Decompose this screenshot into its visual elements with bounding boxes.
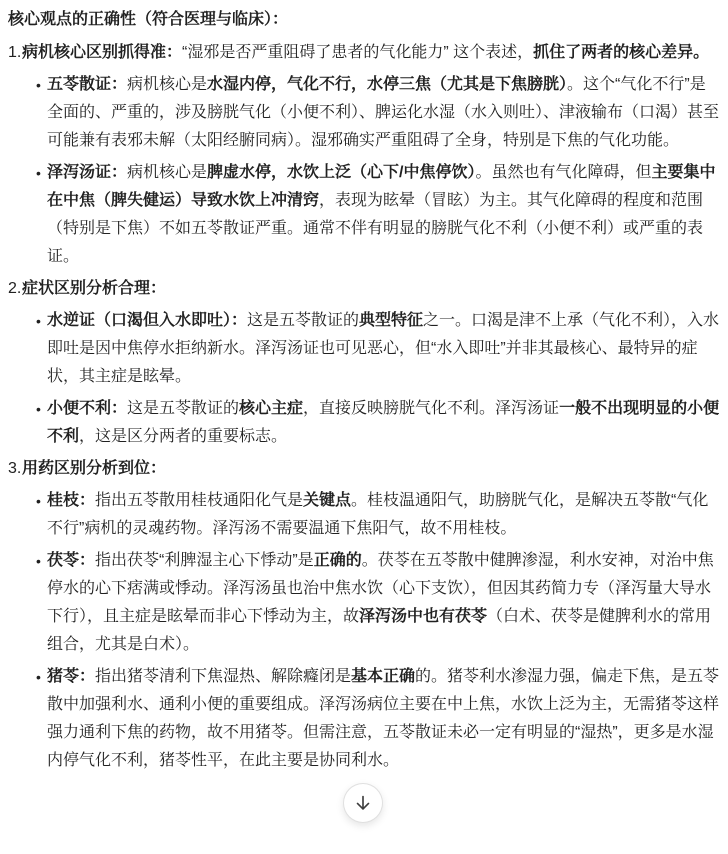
numbered-item-1: 1.病机核心区别抓得准：“湿邪是否严重阻碍了患者的气化能力” 这个表述，抓住了两… <box>8 39 720 275</box>
text: 病机核心是 <box>127 164 207 181</box>
bold-text: 典型特征 <box>359 312 423 329</box>
numbered-list: 1.病机核心区别抓得准：“湿邪是否严重阻碍了患者的气化能力” 这个表述，抓住了两… <box>8 39 720 779</box>
bullet-marker: • <box>36 395 47 423</box>
item-body: 病机核心区别抓得准：“湿邪是否严重阻碍了患者的气化能力” 这个表述，抓住了两者的… <box>22 39 720 275</box>
bullet-text: 桂枝：指出五苓散用桂枝通阳化气是关键点。桂枝温通阳气，助膀胱气化，是解决五苓散“… <box>47 487 720 543</box>
bullet-text: 猪苓：指出猪苓清利下焦湿热、解除癃闭是基本正确的。猪苓利水渗湿力强，偏走下焦，是… <box>47 663 720 775</box>
bold-text: 茯苓： <box>47 552 95 569</box>
text: “湿邪是否严重阻碍了患者的气化能力” 这个表述， <box>182 44 533 61</box>
bullet-item: •小便不利：这是五苓散证的核心主症，直接反映膀胱气化不利。泽泻汤证一般不出现明显… <box>36 395 720 451</box>
bold-text: 水湿内停，气化不行，水停三焦（尤其是下焦膀胱） <box>207 76 567 93</box>
scroll-to-bottom-button[interactable] <box>343 783 383 823</box>
bold-text: 桂枝： <box>47 492 95 509</box>
item-body: 症状区别分析合理：•水逆证（口渴但入水即吐）：这是五苓散证的典型特征之一。口渴是… <box>22 275 720 455</box>
bold-text: 正确的 <box>314 552 362 569</box>
text: 指出茯苓“利脾湿主心下悸动”是 <box>95 552 314 569</box>
bullet-text: 小便不利：这是五苓散证的核心主症，直接反映膀胱气化不利。泽泻汤证一般不出现明显的… <box>47 395 720 451</box>
text: 指出五苓散用桂枝通阳化气是 <box>95 492 303 509</box>
bold-text: 脾虚水停，水饮上泛（心下/中焦停饮） <box>207 164 475 181</box>
bullet-marker: • <box>36 487 47 515</box>
bold-text: 抓住了两者的核心差异。 <box>533 44 709 61</box>
item-number: 2. <box>8 275 22 303</box>
bullet-item: •茯苓：指出茯苓“利脾湿主心下悸动”是正确的。茯苓在五苓散中健脾渗湿，利水安神，… <box>36 547 720 659</box>
bold-text: 小便不利： <box>47 400 127 417</box>
bullet-item: •桂枝：指出五苓散用桂枝通阳化气是关键点。桂枝温通阳气，助膀胱气化，是解决五苓散… <box>36 487 720 543</box>
numbered-item-2: 2.症状区别分析合理：•水逆证（口渴但入水即吐）：这是五苓散证的典型特征之一。口… <box>8 275 720 455</box>
text: 。虽然也有气化障碍，但 <box>475 164 651 181</box>
bullet-item: •五苓散证：病机核心是水湿内停，气化不行，水停三焦（尤其是下焦膀胱）。这个“气化… <box>36 71 720 155</box>
text: 指出猪苓清利下焦湿热、解除癃闭是 <box>95 668 351 685</box>
text: ，这是区分两者的重要标志。 <box>79 428 287 445</box>
bold-text: 泽泻汤中也有茯苓 <box>359 608 487 625</box>
document-body: 核心观点的正确性（符合医理与临床）： 1.病机核心区别抓得准：“湿邪是否严重阻碍… <box>0 0 728 779</box>
bold-text: 用药区别分析到位： <box>22 460 166 477</box>
item-intro: 症状区别分析合理： <box>22 275 720 303</box>
bullet-list: •水逆证（口渴但入水即吐）：这是五苓散证的典型特征之一。口渴是津不上承（气化不利… <box>36 307 720 451</box>
item-number: 1. <box>8 39 22 67</box>
bold-text: 症状区别分析合理： <box>22 280 166 297</box>
page-title: 核心观点的正确性（符合医理与临床）： <box>8 6 720 34</box>
text: 这是五苓散证的 <box>247 312 359 329</box>
bullet-marker: • <box>36 547 47 575</box>
bullet-item: •水逆证（口渴但入水即吐）：这是五苓散证的典型特征之一。口渴是津不上承（气化不利… <box>36 307 720 391</box>
bullet-marker: • <box>36 159 47 187</box>
bullet-list: •桂枝：指出五苓散用桂枝通阳化气是关键点。桂枝温通阳气，助膀胱气化，是解决五苓散… <box>36 487 720 775</box>
bold-text: 病机核心区别抓得准： <box>22 44 182 61</box>
bullet-text: 茯苓：指出茯苓“利脾湿主心下悸动”是正确的。茯苓在五苓散中健脾渗湿，利水安神，对… <box>47 547 720 659</box>
bold-text: 核心主症 <box>239 400 303 417</box>
item-intro: 病机核心区别抓得准：“湿邪是否严重阻碍了患者的气化能力” 这个表述，抓住了两者的… <box>22 39 720 67</box>
bullet-text: 泽泻汤证：病机核心是脾虚水停，水饮上泛（心下/中焦停饮）。虽然也有气化障碍，但主… <box>47 159 720 271</box>
bullet-list: •五苓散证：病机核心是水湿内停，气化不行，水停三焦（尤其是下焦膀胱）。这个“气化… <box>36 71 720 271</box>
item-number: 3. <box>8 455 22 483</box>
numbered-item-3: 3.用药区别分析到位：•桂枝：指出五苓散用桂枝通阳化气是关键点。桂枝温通阳气，助… <box>8 455 720 779</box>
bold-text: 水逆证（口渴但入水即吐）： <box>47 312 247 329</box>
bullet-marker: • <box>36 71 47 99</box>
arrow-down-icon <box>352 792 374 814</box>
bold-text: 关键点 <box>303 492 351 509</box>
bullet-marker: • <box>36 307 47 335</box>
bullet-text: 五苓散证：病机核心是水湿内停，气化不行，水停三焦（尤其是下焦膀胱）。这个“气化不… <box>47 71 720 155</box>
item-intro: 用药区别分析到位： <box>22 455 720 483</box>
text: ，直接反映膀胱气化不利。泽泻汤证 <box>303 400 559 417</box>
bold-text: 基本正确 <box>351 668 415 685</box>
bullet-item: •泽泻汤证：病机核心是脾虚水停，水饮上泛（心下/中焦停饮）。虽然也有气化障碍，但… <box>36 159 720 271</box>
bold-text: 猪苓： <box>47 668 95 685</box>
bullet-marker: • <box>36 663 47 691</box>
text: 这是五苓散证的 <box>127 400 239 417</box>
text: 病机核心是 <box>127 76 207 93</box>
item-body: 用药区别分析到位：•桂枝：指出五苓散用桂枝通阳化气是关键点。桂枝温通阳气，助膀胱… <box>22 455 720 779</box>
bullet-text: 水逆证（口渴但入水即吐）：这是五苓散证的典型特征之一。口渴是津不上承（气化不利）… <box>47 307 720 391</box>
bold-text: 五苓散证： <box>47 76 127 93</box>
bold-text: 泽泻汤证： <box>47 164 127 181</box>
bullet-item: •猪苓：指出猪苓清利下焦湿热、解除癃闭是基本正确的。猪苓利水渗湿力强，偏走下焦，… <box>36 663 720 775</box>
